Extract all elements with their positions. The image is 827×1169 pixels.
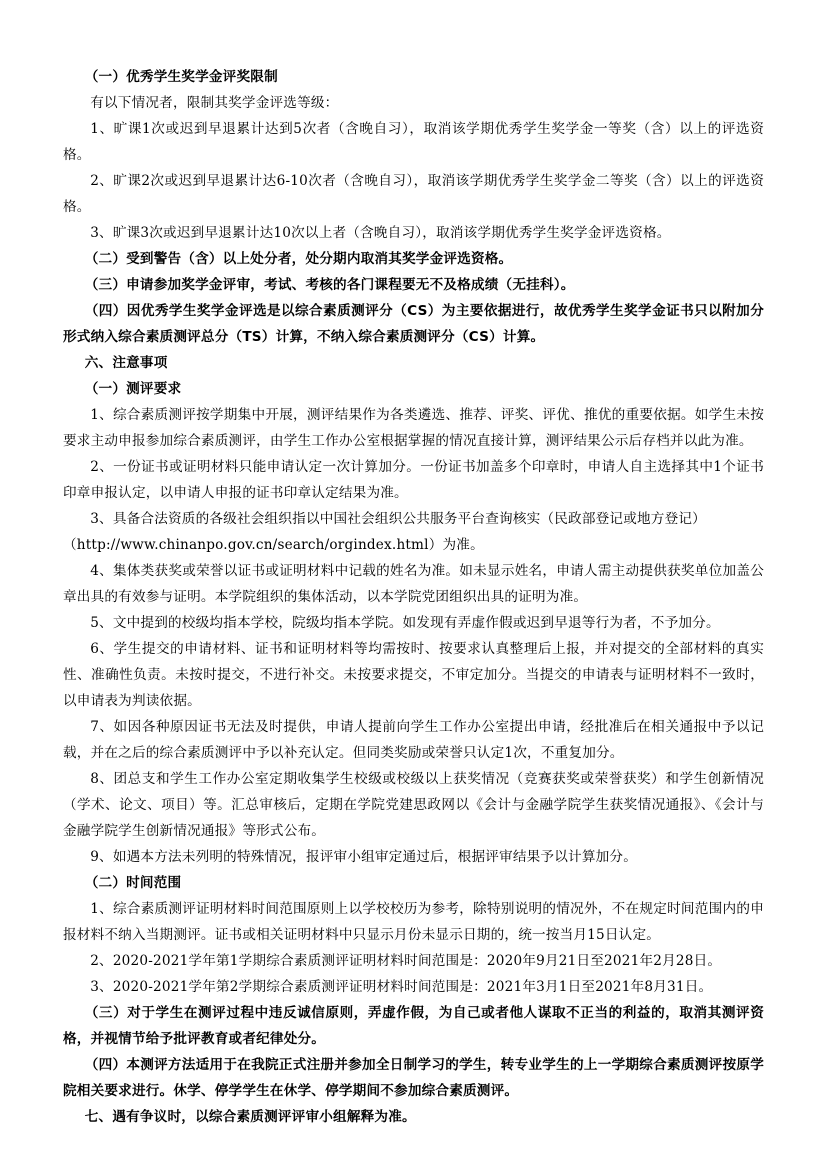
paragraph-requirement-3: 3、具备合法资质的各级社会组织指以中国社会组织公共服务平台查询核实（民政部登记或… [63, 506, 764, 532]
paragraph-limit-3: 3、旷课3次或迟到早退累计达10次以上者（含晚自习），取消该学期优秀学生奖学金评… [63, 220, 764, 246]
paragraph-requirement-3-url: （http://www.chinanpo.gov.cn/search/orgin… [63, 532, 764, 558]
paragraph-requirement-1: 1、综合素质测评按学期集中开展，测评结果作为各类遴选、推荐、评奖、评优、推优的重… [63, 402, 764, 454]
paragraph-time-1: 1、综合素质测评证明材料时间范围原则上以学校校历为参考，除特别说明的情况外，不在… [63, 896, 764, 948]
paragraph-requirement-8: 8、团总支和学生工作办公室定期收集学生校级或校级以上获奖情况（竞赛获奖或荣誉获奖… [63, 766, 764, 844]
paragraph-requirement-7: 7、如因各种原因证书无法及时提供，申请人提前向学生工作办公室提出申请，经批准后在… [63, 714, 764, 766]
paragraph-limit-1: 1、旷课1次或迟到早退累计达到5次者（含晚自习），取消该学期优秀学生奖学金一等奖… [63, 116, 764, 168]
document-page: （一）优秀学生奖学金评奖限制 有以下情况者，限制其奖学金评选等级： 1、旷课1次… [63, 64, 764, 1130]
paragraph-requirement-6: 6、学生提交的申请材料、证书和证明材料等均需按时、按要求认真整理后上报，并对提交… [63, 636, 764, 714]
paragraph-limit-2: 2、旷课2次或迟到早退累计达6-10次者（含晚自习），取消该学期优秀学生奖学金二… [63, 168, 764, 220]
paragraph-requirement-9: 9、如遇本方法未列明的特殊情况，报评审小组审定通过后，根据评审结果予以计算加分。 [63, 844, 764, 870]
heading-section-7: 七、遇有争议时，以综合素质测评评审小组解释为准。 [63, 1104, 764, 1130]
heading-integrity-rule: （三）对于学生在测评过程中违反诚信原则，弄虚作假，为自己或者他人谋取不正当的利益… [63, 1000, 764, 1052]
paragraph-time-3: 3、2020-2021学年第2学期综合素质测评证明材料时间范围是：2021年3月… [63, 974, 764, 1000]
paragraph-requirement-2: 2、一份证书或证明材料只能申请认定一次计算加分。一份证书加盖多个印章时，申请人自… [63, 454, 764, 506]
heading-scholarship-limits: （一）优秀学生奖学金评奖限制 [63, 64, 764, 90]
paragraph-limits-intro: 有以下情况者，限制其奖学金评选等级： [63, 90, 764, 116]
heading-cs-basis-rule: （四）因优秀学生奖学金评选是以综合素质测评分（CS）为主要依据进行，故优秀学生奖… [63, 298, 764, 350]
heading-evaluation-requirements: （一）测评要求 [63, 376, 764, 402]
heading-section-6: 六、注意事项 [63, 350, 764, 376]
paragraph-requirement-4: 4、集体类获奖或荣誉以证书或证明材料中记载的姓名为准。如未显示姓名，申请人需主动… [63, 558, 764, 610]
heading-time-range: （二）时间范围 [63, 870, 764, 896]
heading-no-fail-rule: （三）申请参加奖学金评审，考试、考核的各门课程要无不及格成绩（无挂科）。 [63, 272, 764, 298]
heading-warning-rule: （二）受到警告（含）以上处分者，处分期内取消其奖学金评选资格。 [63, 246, 764, 272]
heading-scope-rule: （四）本测评方法适用于在我院正式注册并参加全日制学习的学生，转专业学生的上一学期… [63, 1052, 764, 1104]
paragraph-time-2: 2、2020-2021学年第1学期综合素质测评证明材料时间范围是：2020年9月… [63, 948, 764, 974]
paragraph-requirement-5: 5、文中提到的校级均指本学校，院级均指本学院。如发现有弄虚作假或迟到早退等行为者… [63, 610, 764, 636]
